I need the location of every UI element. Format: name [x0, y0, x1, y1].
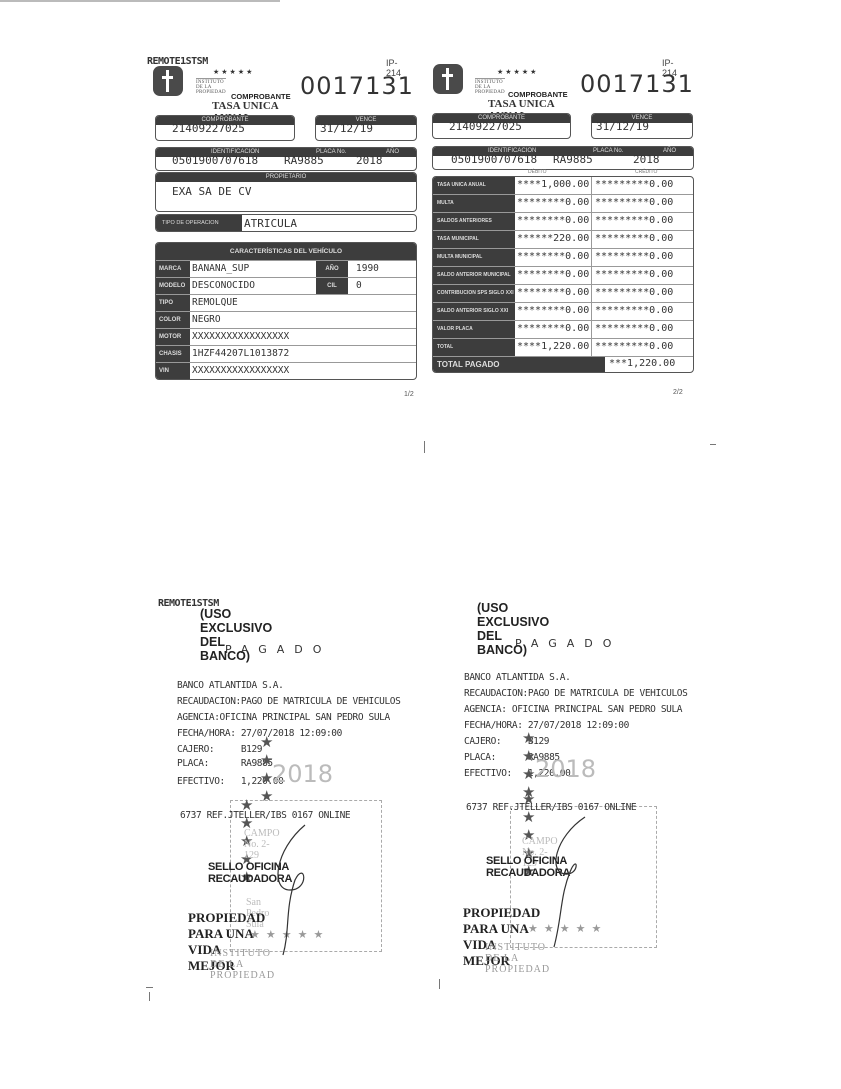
charge-credit: *********0.00 [595, 197, 673, 208]
recaudacion-line: RECAUDACION:PAGO DE MATRICULA DE VEHICUL… [177, 696, 400, 712]
charge-debit: ****1,220.00 [517, 341, 589, 352]
cil-value: 0 [356, 280, 362, 291]
year-watermark: 2018 [272, 760, 333, 788]
scan-mark [439, 979, 440, 989]
agencia-line: AGENCIA: OFICINA PRINCIPAL SAN PEDRO SUL… [464, 704, 687, 720]
charge-debit: ******220.00 [517, 233, 589, 244]
column-divider [591, 195, 592, 212]
institute-logo-icon [433, 64, 463, 94]
institution-name: INSTITUTO DE LA PROPIEDAD [475, 78, 505, 95]
charge-debit: ********0.00 [517, 197, 589, 208]
table-row: COLOR NEGRO [156, 311, 416, 328]
table-row: SALDOS ANTERIORES********0.00*********0.… [433, 212, 693, 230]
anio-value: 2018 [356, 154, 383, 167]
propietario-field: PROPIETARIO EXA SA DE CV [155, 172, 417, 212]
table-row: SALDO ANTERIOR SIGLO XXI********0.00****… [433, 302, 693, 320]
propietario-value: EXA SA DE CV [156, 182, 416, 198]
table-row: MULTA MUNICIPAL********0.00*********0.00 [433, 248, 693, 266]
vin-label: VIN [156, 363, 190, 379]
total-pagado-value: ***1,220.00 [609, 358, 675, 369]
vence-field: VENCE 31/12/19 [591, 113, 693, 139]
fecha-hora-line: FECHA/HORA: 27/07/2018 12:09:00 [464, 720, 687, 736]
scan-mark [710, 444, 716, 445]
scan-mark [149, 992, 150, 1001]
total-pagado-row: TOTAL PAGADO ***1,220.00 [433, 356, 693, 372]
page-number: 2/2 [673, 389, 683, 396]
charge-credit: *********0.00 [595, 233, 673, 244]
table-row: TASA MUNICIPAL******220.00*********0.00 [433, 230, 693, 248]
placa-value: RA9885 [553, 153, 593, 166]
institute-logo-icon [153, 66, 183, 96]
fecha-hora-line: FECHA/HORA: 27/07/2018 12:09:00 [177, 728, 400, 744]
column-divider [591, 213, 592, 230]
bank-name: BANCO ATLANTIDA S.A. [464, 672, 687, 688]
paid-status: PAGADO [515, 637, 621, 650]
identification-field: IDENTIFICACION PLACA No. AÑO 05019007076… [155, 147, 417, 171]
charge-credit: *********0.00 [595, 323, 673, 334]
modelo-label: MODELO [156, 278, 190, 294]
folio-number: 0017131 [580, 70, 694, 98]
comprobante-field-value: 21409227025 [156, 122, 294, 135]
table-row: MODELO DESCONOCIDO CIL 0 [156, 277, 416, 294]
column-divider [591, 231, 592, 248]
charge-label: SALDO ANTERIOR SIGLO XXI [433, 303, 515, 320]
paid-status: PAGADO [225, 643, 331, 656]
comprobante-field-value: 21409227025 [433, 120, 570, 133]
table-row: VALOR PLACA********0.00*********0.00 [433, 320, 693, 338]
agencia-line: AGENCIA:OFICINA PRINCIPAL SAN PEDRO SULA [177, 712, 400, 728]
table-row: TOTAL****1,220.00*********0.00 [433, 338, 693, 356]
charge-label: TASA UNICA ANUAL [433, 177, 515, 194]
charge-label: VALOR PLACA [433, 321, 515, 338]
color-value: NEGRO [192, 314, 221, 325]
cajero-line: CAJERO: B129 [464, 736, 687, 752]
debito-column-header: DÉBITO [528, 169, 547, 175]
cajero-line: CAJERO: B129 [177, 744, 400, 758]
table-row: VIN XXXXXXXXXXXXXXXXX [156, 362, 416, 379]
placa-value: RA9885 [284, 154, 324, 167]
charge-debit: ********0.00 [517, 215, 589, 226]
color-label: COLOR [156, 312, 190, 328]
column-divider [591, 249, 592, 266]
tipo-operacion-label: TIPO DE OPERACION [156, 215, 242, 231]
recaudacion-line: RECAUDACION:PAGO DE MATRICULA DE VEHICUL… [464, 688, 687, 704]
placa-label: PLACA No. [593, 147, 623, 156]
column-divider [591, 321, 592, 338]
column-divider [591, 177, 592, 194]
modelo-value: DESCONOCIDO [192, 280, 255, 291]
institution-name: INSTITUTO DE LA PROPIEDAD [196, 78, 226, 95]
charge-debit: ********0.00 [517, 269, 589, 280]
year-watermark: 2018 [535, 755, 596, 783]
marca-value: BANANA_SUP [192, 263, 249, 274]
folio-number: 0017131 [300, 72, 414, 100]
identification-field: IDENTIFICACION PLACA No. AÑO 05019007076… [432, 146, 694, 170]
table-row: TIPO REMOLQUE [156, 294, 416, 311]
comprobante-field: COMPROBANTE 21409227025 [155, 115, 295, 141]
charge-credit: *********0.00 [595, 251, 673, 262]
propietario-label: PROPIETARIO [156, 173, 416, 182]
tipo-value: REMOLQUE [192, 297, 238, 308]
motor-value: XXXXXXXXXXXXXXXXX [192, 331, 289, 342]
vence-field: VENCE 31/12/19 [315, 115, 417, 141]
charge-label: TOTAL [433, 339, 515, 356]
charge-credit: *********0.00 [595, 287, 673, 298]
signature-mark-icon [540, 812, 600, 952]
column-divider [591, 303, 592, 320]
scan-mark [146, 987, 153, 988]
total-pagado-label: TOTAL PAGADO [433, 357, 605, 372]
identificacion-value: 0501900707618 [451, 153, 537, 166]
charge-credit: *********0.00 [595, 269, 673, 280]
chasis-value: 1HZF44207L1013872 [192, 348, 289, 359]
charge-label: CONTRIBUCION SPS SIGLO XXI [433, 285, 515, 302]
vence-field-value: 31/12/19 [316, 122, 416, 135]
stars-icon: ★★★★★ [497, 68, 538, 76]
table-row: MARCA BANANA_SUP AÑO 1990 [156, 260, 416, 277]
table-row: MULTA********0.00*********0.00 [433, 194, 693, 212]
anio-value: 2018 [633, 153, 660, 166]
credito-column-header: CRÉDITO [635, 169, 657, 175]
motor-label: MOTOR [156, 329, 190, 345]
chasis-label: CHASIS [156, 346, 190, 362]
cil-label: CIL [316, 278, 348, 294]
tipo-label: TIPO [156, 295, 190, 311]
tipo-operacion-field: TIPO DE OPERACION ATRICULA [155, 214, 417, 232]
charge-credit: *********0.00 [595, 215, 673, 226]
table-row: CONTRIBUCION SPS SIGLO XXI********0.00**… [433, 284, 693, 302]
anio-label: AÑO [386, 148, 399, 157]
charge-credit: *********0.00 [595, 305, 673, 316]
charge-debit: ********0.00 [517, 305, 589, 316]
charge-label: SALDOS ANTERIORES [433, 213, 515, 230]
vin-value: XXXXXXXXXXXXXXXXX [192, 365, 289, 376]
tipo-operacion-value: ATRICULA [244, 217, 297, 230]
charge-label: TASA MUNICIPAL [433, 231, 515, 248]
stars-icon: ★★★★★ [213, 68, 254, 76]
scan-edge-line [0, 0, 280, 2]
charges-table: TASA UNICA ANUAL****1,000.00*********0.0… [432, 176, 694, 373]
charge-label: MULTA [433, 195, 515, 212]
column-divider [591, 285, 592, 302]
charge-label: SALDO ANTERIOR MUNICIPAL [433, 267, 515, 284]
charge-debit: ********0.00 [517, 287, 589, 298]
charges-body: TASA UNICA ANUAL****1,000.00*********0.0… [433, 177, 693, 356]
table-row: MOTOR XXXXXXXXXXXXXXXXX [156, 328, 416, 345]
vehicle-year-value: 1990 [356, 263, 379, 274]
column-divider [591, 339, 592, 356]
comprobante-field: COMPROBANTE 21409227025 [432, 113, 571, 139]
vehicle-characteristics-title: CARACTERÍSTICAS DEL VEHÍCULO [156, 243, 416, 260]
vehicle-year-label: AÑO [316, 261, 348, 277]
charge-debit: ********0.00 [517, 323, 589, 334]
marca-label: MARCA [156, 261, 190, 277]
charge-debit: ********0.00 [517, 251, 589, 262]
charge-debit: ****1,000.00 [517, 179, 589, 190]
anio-label: AÑO [663, 147, 676, 156]
identificacion-value: 0501900707618 [172, 154, 258, 167]
charge-credit: *********0.00 [595, 179, 673, 190]
vence-field-value: 31/12/19 [592, 120, 692, 133]
vehicle-characteristics-table: CARACTERÍSTICAS DEL VEHÍCULO MARCA BANAN… [155, 242, 417, 380]
scan-mark [424, 441, 425, 453]
charge-label: MULTA MUNICIPAL [433, 249, 515, 266]
table-row: CHASIS 1HZF44207L1013872 [156, 345, 416, 362]
page-number: 1/2 [404, 391, 414, 398]
table-row: TASA UNICA ANUAL****1,000.00*********0.0… [433, 177, 693, 194]
table-row: SALDO ANTERIOR MUNICIPAL********0.00****… [433, 266, 693, 284]
column-divider [591, 267, 592, 284]
charge-credit: *********0.00 [595, 341, 673, 352]
bank-name: BANCO ATLANTIDA S.A. [177, 680, 400, 696]
signature-mark-icon [265, 820, 325, 960]
